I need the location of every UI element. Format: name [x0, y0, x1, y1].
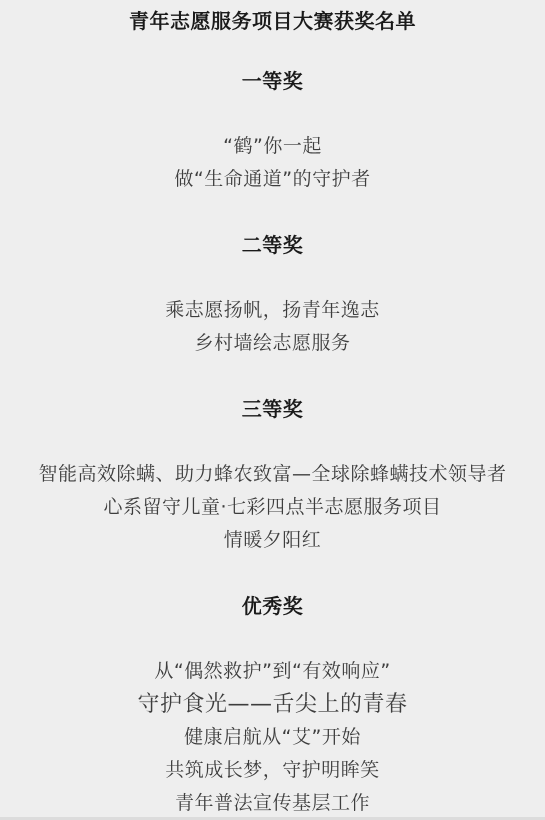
award-list-article: 青年志愿服务项目大赛获奖名单 一等奖 “鹤”你一起 做“生命通道”的守护者 二等…: [0, 0, 545, 820]
award-entry: 心系留守儿童·七彩四点半志愿服务项目: [0, 491, 545, 524]
heading-third-prize: 三等奖: [0, 398, 545, 420]
award-entry: 青年普法宣传基层工作: [0, 787, 545, 820]
heading-excellence-award: 优秀奖: [0, 595, 545, 617]
entries-third-prize: 智能高效除螨、助力蜂农致富—全球除蜂螨技术领导者 心系留守儿童·七彩四点半志愿服…: [0, 458, 545, 557]
entries-excellence-award: 从“偶然救护”到“有效响应” 守护食光——舌尖上的青春 健康启航从“艾”开始 共…: [0, 655, 545, 820]
section-first-prize: 一等奖 “鹤”你一起 做“生命通道”的守护者: [0, 70, 545, 196]
entries-second-prize: 乘志愿扬帆，扬青年逸志 乡村墙绘志愿服务: [0, 294, 545, 360]
award-entry: 健康启航从“艾”开始: [0, 721, 545, 754]
award-entry: “鹤”你一起: [0, 130, 545, 163]
award-entry: 守护食光——舌尖上的青春: [0, 688, 545, 721]
entries-first-prize: “鹤”你一起 做“生命通道”的守护者: [0, 130, 545, 196]
section-second-prize: 二等奖 乘志愿扬帆，扬青年逸志 乡村墙绘志愿服务: [0, 234, 545, 360]
award-entry: 乘志愿扬帆，扬青年逸志: [0, 294, 545, 327]
award-entry: 智能高效除螨、助力蜂农致富—全球除蜂螨技术领导者: [0, 458, 545, 491]
award-entry: 乡村墙绘志愿服务: [0, 327, 545, 360]
award-entry: 共筑成长梦，守护明眸笑: [0, 754, 545, 787]
section-third-prize: 三等奖 智能高效除螨、助力蜂农致富—全球除蜂螨技术领导者 心系留守儿童·七彩四点…: [0, 398, 545, 557]
section-excellence-award: 优秀奖 从“偶然救护”到“有效响应” 守护食光——舌尖上的青春 健康启航从“艾”…: [0, 595, 545, 820]
page-title: 青年志愿服务项目大赛获奖名单: [0, 10, 545, 32]
award-entry: 从“偶然救护”到“有效响应”: [0, 655, 545, 688]
heading-second-prize: 二等奖: [0, 234, 545, 256]
award-entry: 做“生命通道”的守护者: [0, 163, 545, 196]
award-entry: 情暖夕阳红: [0, 524, 545, 557]
heading-first-prize: 一等奖: [0, 70, 545, 92]
